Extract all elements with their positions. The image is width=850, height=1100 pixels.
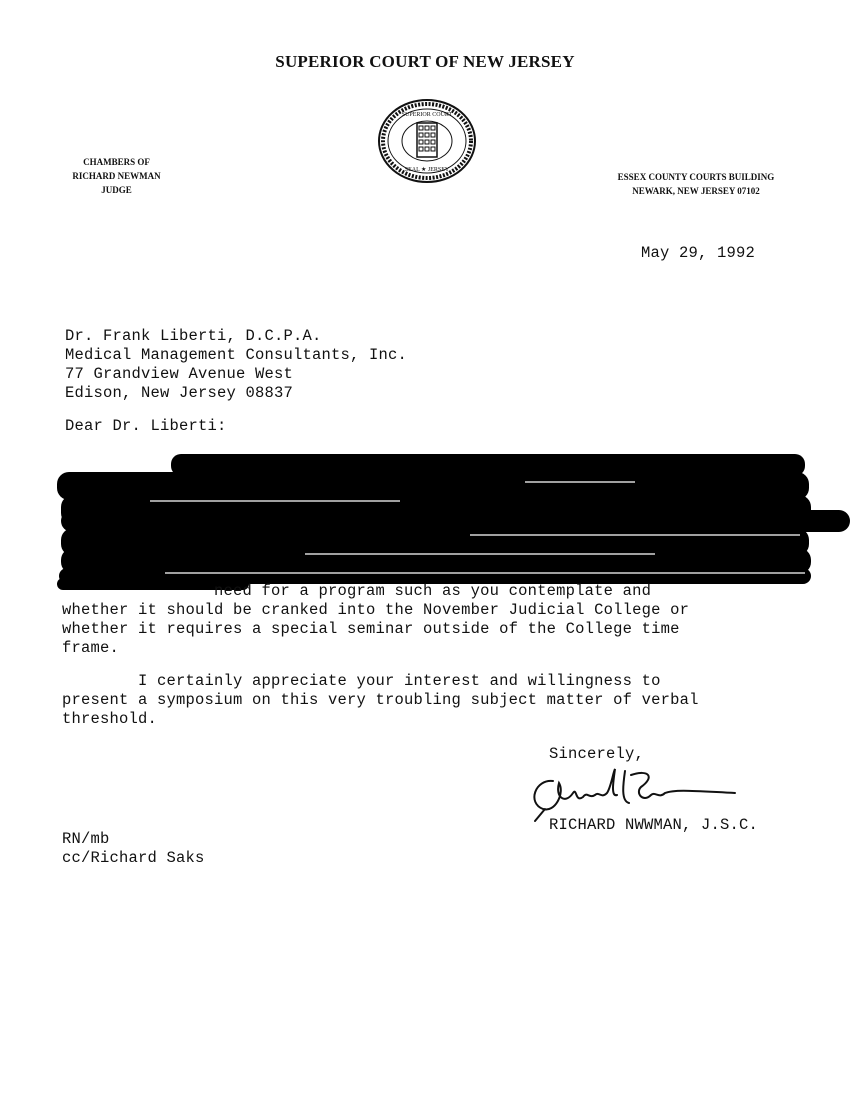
chambers-block: CHAMBERS OF RICHARD NEWMAN JUDGE <box>54 155 179 197</box>
svg-text:SUPERIOR COURT: SUPERIOR COURT <box>402 112 453 118</box>
body-line: need for a program such as you contempla… <box>62 582 689 601</box>
judge-name: RICHARD NEWMAN <box>54 169 179 183</box>
body-line: frame. <box>62 639 689 658</box>
svg-text:SEAL ★ JERSEY: SEAL ★ JERSEY <box>405 166 450 173</box>
body-line: present a symposium on this very troubli… <box>62 691 699 710</box>
closing: Sincerely, <box>549 745 644 763</box>
court-seal-icon: SUPERIOR COURT SEAL ★ JERSEY <box>377 98 477 184</box>
recipient-city: Edison, New Jersey 08837 <box>65 384 407 403</box>
body-line: I certainly appreciate your interest and… <box>62 672 699 691</box>
body-paragraph-2: I certainly appreciate your interest and… <box>62 672 699 729</box>
letter-date: May 29, 1992 <box>641 244 755 262</box>
body-line: whether it requires a special seminar ou… <box>62 620 689 639</box>
carbon-copy: cc/Richard Saks <box>62 849 205 868</box>
recipient-street: 77 Grandview Avenue West <box>65 365 407 384</box>
body-line: whether it should be cranked into the No… <box>62 601 689 620</box>
redaction-marker <box>55 450 850 590</box>
court-title: SUPERIOR COURT OF NEW JERSEY <box>0 52 850 72</box>
recipient-name: Dr. Frank Liberti, D.C.P.A. <box>65 327 407 346</box>
building-name: ESSEX COUNTY COURTS BUILDING <box>596 170 796 184</box>
judge-title: JUDGE <box>54 183 179 197</box>
recipient-address: Dr. Frank Liberti, D.C.P.A. Medical Mana… <box>65 327 407 403</box>
reference-lines: RN/mb cc/Richard Saks <box>62 830 205 868</box>
city-state-zip: NEWARK, NEW JERSEY 07102 <box>596 184 796 198</box>
salutation: Dear Dr. Liberti: <box>65 417 227 435</box>
typist-initials: RN/mb <box>62 830 205 849</box>
recipient-company: Medical Management Consultants, Inc. <box>65 346 407 365</box>
signer-name: RICHARD NWWMAN, J.S.C. <box>549 816 758 834</box>
handwritten-signature-icon <box>525 763 775 823</box>
body-paragraph-1: need for a program such as you contempla… <box>62 582 689 658</box>
body-line: threshold. <box>62 710 699 729</box>
chambers-of-label: CHAMBERS OF <box>54 155 179 169</box>
court-address: ESSEX COUNTY COURTS BUILDING NEWARK, NEW… <box>596 170 796 198</box>
